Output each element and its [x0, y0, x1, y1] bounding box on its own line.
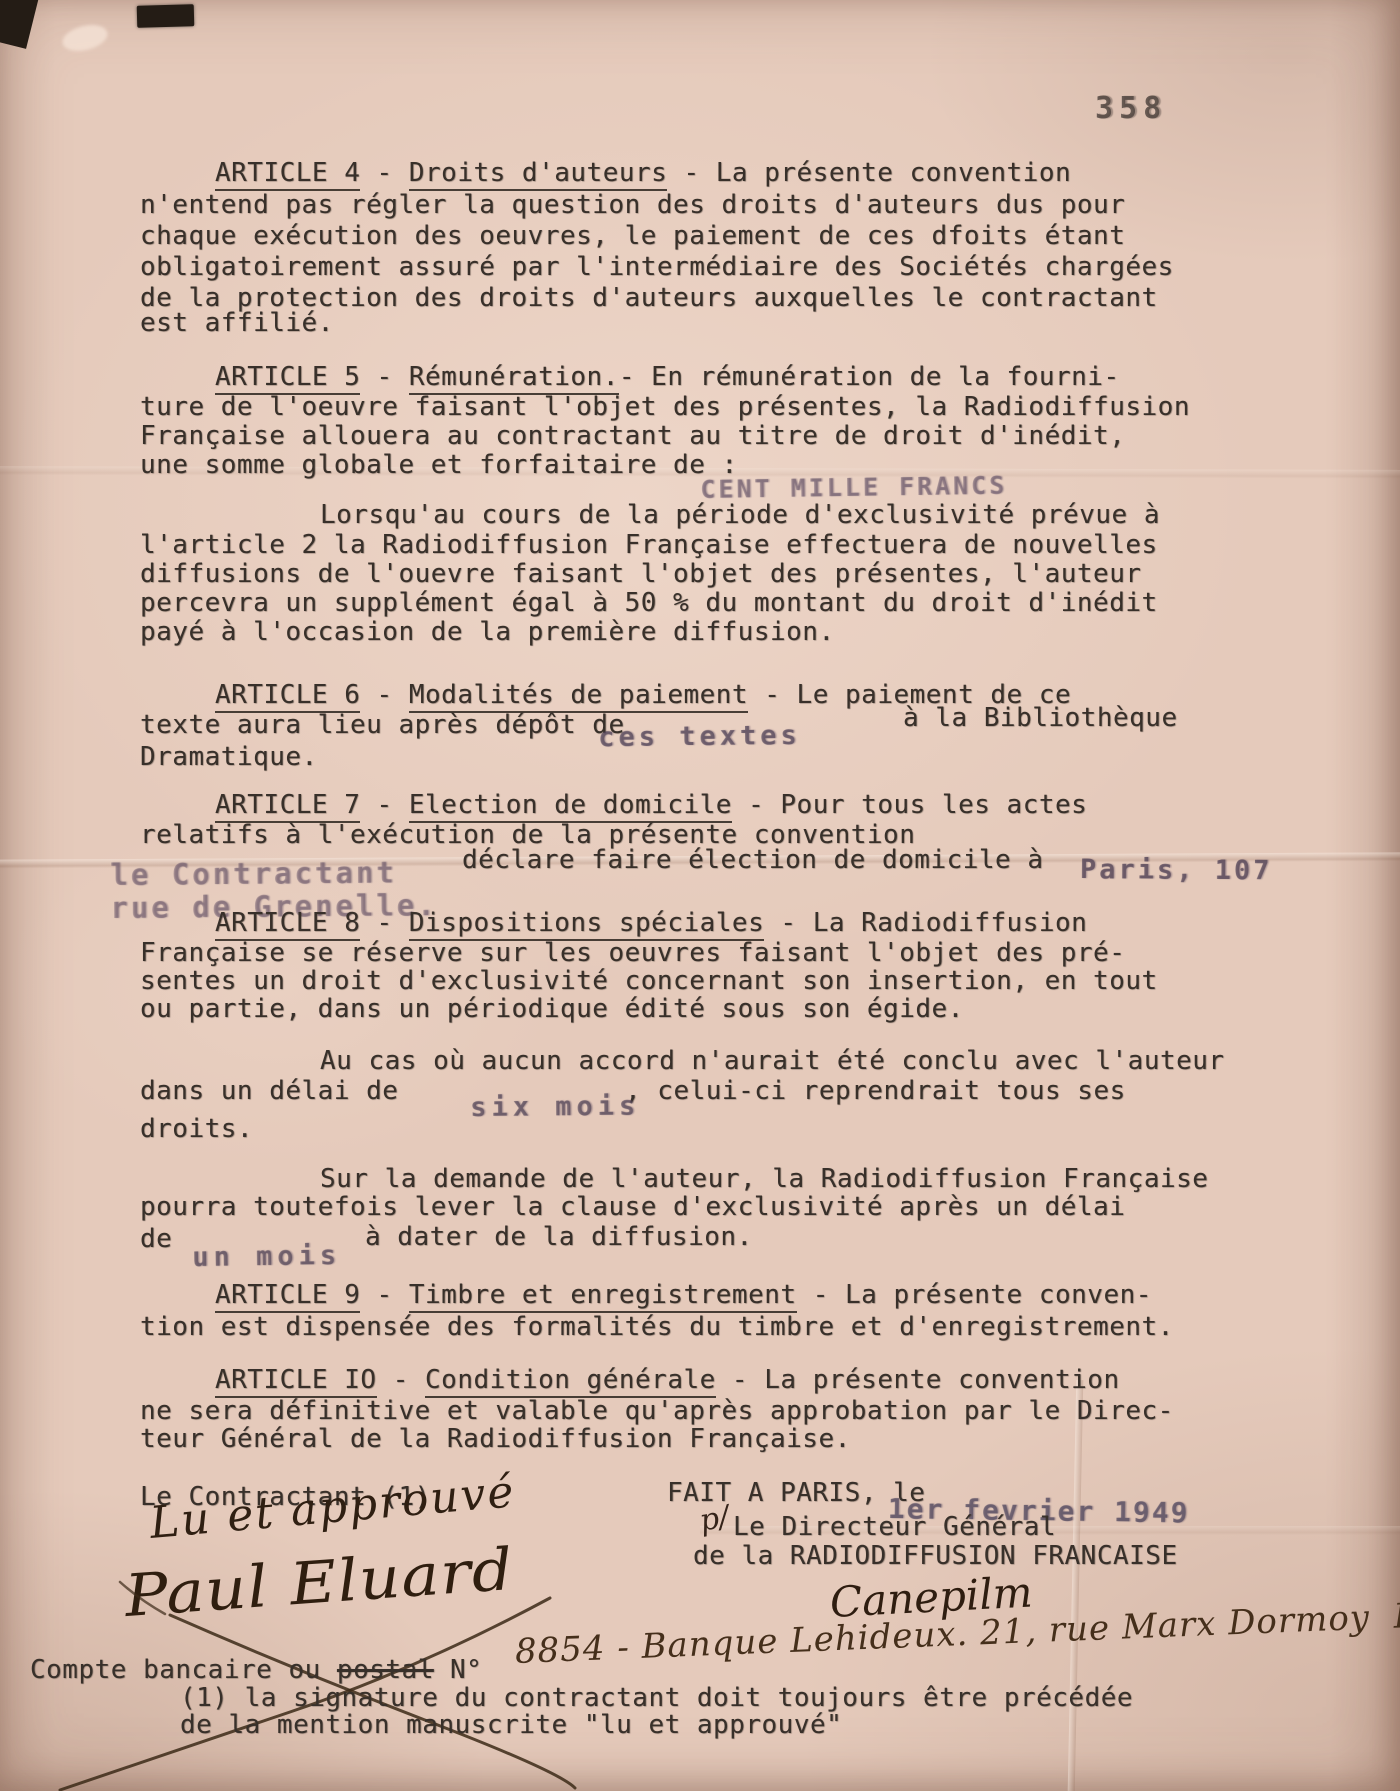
hand-pour-mark: p/ — [697, 1499, 732, 1539]
article9-title: Timbre et enregistrement — [409, 1280, 797, 1313]
article10-sep: - — [377, 1365, 425, 1395]
article8-heading-rest: - La Radiodiffusion — [764, 908, 1087, 938]
article4-heading-rest: - La présente convention — [667, 158, 1071, 188]
article8-label: ARTICLE 8 — [215, 908, 360, 941]
article7-label: ARTICLE 7 — [215, 790, 360, 823]
article8-para3-line-1: Sur la demande de l'auteur, la Radiodiff… — [320, 1164, 1208, 1195]
paris-107-stamp: Paris, 107 — [1080, 854, 1273, 886]
article8-para2-line-3: droits. — [140, 1114, 253, 1145]
contract-page: 358 ARTICLE 4 - Droits d'auteurs - La pr… — [0, 0, 1400, 1791]
article5-para2-line-4: percevra un supplément égal à 50 % du mo… — [140, 588, 1158, 619]
article6-label: ARTICLE 6 — [215, 680, 360, 713]
article5-label: ARTICLE 5 — [215, 362, 360, 395]
article10-title: Condition générale — [425, 1365, 716, 1398]
article5-para2-line-1: Lorsqu'au cours de la période d'exclusiv… — [320, 500, 1160, 531]
article9-line-1: tion est dispensée des formalités du tim… — [140, 1312, 1174, 1343]
amount-stamp: CENT MILLE FRANCS — [700, 471, 1007, 504]
article9-label: ARTICLE 9 — [215, 1280, 360, 1313]
article6-line-1: texte aura lieu après dépôt de — [140, 710, 625, 741]
article8-sep: - — [360, 908, 408, 938]
article8-line-3: ou partie, dans un périodique édité sous… — [140, 994, 964, 1025]
lu-et-approuve-handwriting: Lu et approuvé — [148, 1466, 518, 1549]
article6-sep: - — [360, 680, 408, 710]
article5-para2-line-5: payé à l'occasion de la première diffusi… — [140, 617, 835, 648]
article5-para2-line-2: l'article 2 la Radiodiffusion Française … — [140, 530, 1158, 561]
un-mois-stamp: un mois — [192, 1240, 341, 1273]
article8-title: Dispositions spéciales — [409, 908, 764, 941]
article7-sep: - — [360, 790, 408, 820]
article4-line-3: obligatoirement assuré par l'intermédiai… — [140, 252, 1174, 283]
article7-line-2: déclare faire élection de domicile à — [462, 845, 1044, 876]
article6-title: Modalités de paiement — [409, 680, 748, 713]
article4-title: Droits d'auteurs — [409, 158, 667, 191]
article4-line-1: n'entend pas régler la question des droi… — [140, 190, 1125, 221]
article9-heading: ARTICLE 9 - Timbre et enregistrement - L… — [215, 1280, 1152, 1311]
bank-account-typed-line: Compte bancaire ou postal N° — [30, 1655, 482, 1686]
article4-label: ARTICLE 4 — [215, 158, 360, 191]
article7-title: Election de domicile — [409, 790, 732, 823]
article8-line-2: sentes un droit d'exclusivité concernant… — [140, 966, 1158, 997]
article5-sep: - — [360, 362, 408, 392]
article10-label: ARTICLE IO — [215, 1365, 377, 1398]
compte-post: N° — [434, 1655, 482, 1685]
article6-line-1-right: à la Bibliothèque — [903, 703, 1178, 734]
article8-para3-line-3b: à dater de la diffusion. — [365, 1222, 753, 1253]
radiodiffusion-line: de la RADIODIFFUSION FRANCAISE — [693, 1541, 1178, 1572]
six-mois-stamp: six mois — [470, 1091, 640, 1123]
article10-line-1: ne sera définitive et valable qu'après a… — [140, 1396, 1174, 1427]
article5-heading: ARTICLE 5 - Rémunération.- En rémunérati… — [215, 362, 1120, 393]
article8-para2-line-2a: dans un délai de — [140, 1076, 398, 1107]
article6-line-2: Dramatique. — [140, 742, 318, 773]
article5-heading-rest: - En rémunération de la fourni- — [619, 362, 1120, 392]
article8-para3-line-3a: de — [140, 1224, 172, 1255]
article9-heading-rest: - La présente conven- — [797, 1280, 1152, 1310]
article4-line-2: chaque exécution des oeuvres, le paiemen… — [140, 221, 1125, 252]
article5-line-2: Française allouera au contractant au tit… — [140, 421, 1125, 452]
page-number-stamp: 358 — [1095, 91, 1167, 126]
article7-heading-rest: - Pour tous les actes — [732, 790, 1087, 820]
compte-pre: Compte bancaire ou — [30, 1655, 337, 1685]
article5-line-1: ture de l'oeuvre faisant l'objet des pré… — [140, 392, 1190, 423]
article10-heading-rest: - La présente convention — [716, 1365, 1120, 1395]
ink-mark-top — [137, 4, 195, 27]
article8-line-1: Française se réserve sur les oeuvres fai… — [140, 938, 1125, 969]
article4-heading: ARTICLE 4 - Droits d'auteurs - La présen… — [215, 158, 1071, 189]
torn-spot — [60, 21, 110, 55]
contractant-signature: Paul Eluard — [123, 1535, 516, 1630]
ink-mark-corner — [0, 0, 41, 49]
article4-sep: - — [360, 158, 408, 188]
article7-heading: ARTICLE 7 - Election de domicile - Pour … — [215, 790, 1087, 821]
article9-sep: - — [360, 1280, 408, 1310]
crease-vertical — [1068, 1380, 1084, 1791]
article8-para2-line-1: Au cas où aucun accord n'aurait été conc… — [320, 1046, 1225, 1077]
article10-line-2: teur Général de la Radiodiffusion França… — [140, 1424, 851, 1455]
article4-line-5: est affilié. — [140, 308, 334, 339]
article8-para2-line-2b: , celui-ci reprendrait tous ses — [625, 1076, 1126, 1107]
article5-line-3: une somme globale et forfaitaire de : — [140, 450, 738, 481]
article10-heading: ARTICLE IO - Condition générale - La pré… — [215, 1365, 1120, 1396]
article8-para3-line-2: pourra toutefois lever la clause d'exclu… — [140, 1192, 1125, 1223]
ces-textes-stamp: ces textes — [598, 720, 801, 753]
article8-heading: ARTICLE 8 - Dispositions spéciales - La … — [215, 908, 1087, 939]
compte-struck-word: postal — [337, 1655, 434, 1685]
directeur-general-line: Le Directeur Général — [733, 1512, 1056, 1543]
footnote-line-2: de la mention manuscrite "lu et approuvé… — [180, 1710, 842, 1741]
le-contractant-stamp: le Contractant — [110, 856, 397, 892]
article5-title: Rémunération. — [409, 362, 619, 395]
article5-para2-line-3: diffusions de l'ouevre faisant l'objet d… — [140, 559, 1142, 590]
